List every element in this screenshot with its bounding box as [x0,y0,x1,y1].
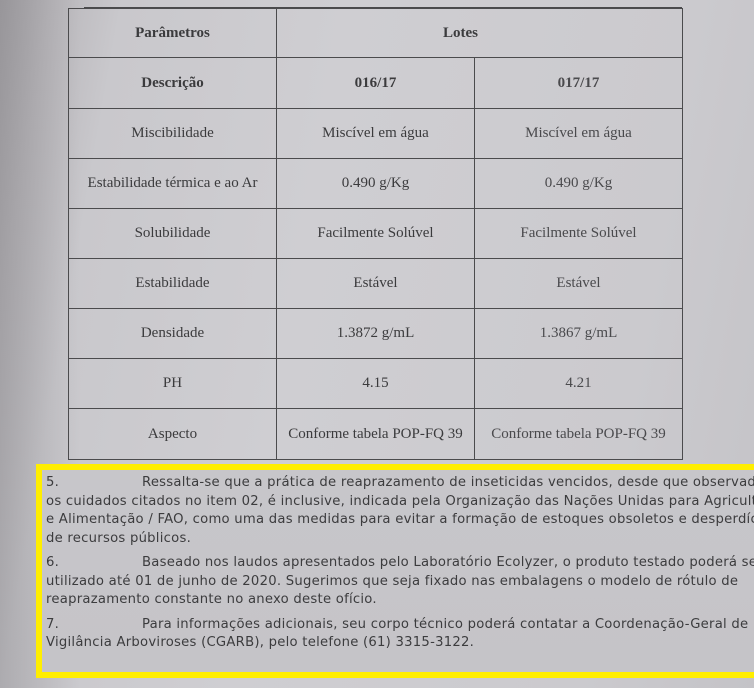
paragraph-6: 6.Baseado nos laudos apresentados pelo L… [46,554,754,610]
parameter-name: Solubilidade [69,209,277,259]
parameter-name: Aspecto [69,409,277,460]
lot-017-17-value: 4.21 [475,359,683,409]
lot-016-17-value: 4.15 [277,359,475,409]
lot-016-17-value: Conforme tabela POP-FQ 39 [277,409,475,460]
paragraph-number: 6. [46,554,142,573]
table-row: Solubilidade Facilmente Solúvel Facilmen… [69,209,683,259]
lot-016-17-value: 1.3872 g/mL [277,309,475,359]
paragraph-line: 7.Para informações adicionais, seu corpo… [46,616,754,635]
description-row: Descrição 016/17 017/17 [69,58,683,109]
paragraph-line: utilizado até 01 de junho de 2020. Suger… [46,573,754,592]
table-row: Miscibilidade Miscível em água Miscível … [69,109,683,159]
header-parameters: Parâmetros [69,9,277,58]
paragraph-number: 7. [46,616,142,635]
table-row: Estabilidade Estável Estável [69,259,683,309]
table-header-row: Parâmetros Lotes [69,9,683,58]
parameter-name: Estabilidade térmica e ao Ar [69,159,277,209]
lot-017-17-value: Facilmente Solúvel [475,209,683,259]
lot-017-17-header: 017/17 [475,58,683,109]
lot-016-17-value: 0.490 g/Kg [277,159,475,209]
parameter-name: Estabilidade [69,259,277,309]
lot-016-17-value: Miscível em água [277,109,475,159]
paragraph-line: os cuidados citados no item 02, é inclus… [46,493,754,512]
table-row: Estabilidade térmica e ao Ar 0.490 g/Kg … [69,159,683,209]
paragraph-line: de recursos públicos. [46,530,754,549]
lot-016-17-value: Facilmente Solúvel [277,209,475,259]
lot-016-17-value: Estável [277,259,475,309]
parameter-name: Densidade [69,309,277,359]
table-row: Aspecto Conforme tabela POP-FQ 39 Confor… [69,409,683,460]
paragraph-number: 5. [46,474,142,493]
description-label: Descrição [69,58,277,109]
paragraph-line: 6.Baseado nos laudos apresentados pelo L… [46,554,754,573]
table-row: Densidade 1.3872 g/mL 1.3867 g/mL [69,309,683,359]
lot-017-17-value: 1.3867 g/mL [475,309,683,359]
paragraph-7: 7.Para informações adicionais, seu corpo… [46,616,754,653]
lot-017-17-value: Estável [475,259,683,309]
parameter-name: PH [69,359,277,409]
paragraph-line: reaprazamento constante no anexo deste o… [46,591,754,610]
paragraph-line: e Alimentação / FAO, como uma das medida… [46,511,754,530]
lot-017-17-value: Conforme tabela POP-FQ 39 [475,409,683,460]
paragraph-5: 5.Ressalta-se que a prática de reaprazam… [46,474,754,548]
lot-016-17-header: 016/17 [277,58,475,109]
parameters-table: Parâmetros Lotes Descrição 016/17 017/17… [68,8,683,460]
header-lots: Lotes [277,9,683,58]
paragraph-line: Vigilância Arboviroses (CGARB), pelo tel… [46,634,754,653]
paragraph-line: 5.Ressalta-se que a prática de reaprazam… [46,474,754,493]
table-row: PH 4.15 4.21 [69,359,683,409]
highlighted-paragraphs: 5.Ressalta-se que a prática de reaprazam… [36,464,754,678]
parameter-name: Miscibilidade [69,109,277,159]
lot-017-17-value: 0.490 g/Kg [475,159,683,209]
lot-017-17-value: Miscível em água [475,109,683,159]
